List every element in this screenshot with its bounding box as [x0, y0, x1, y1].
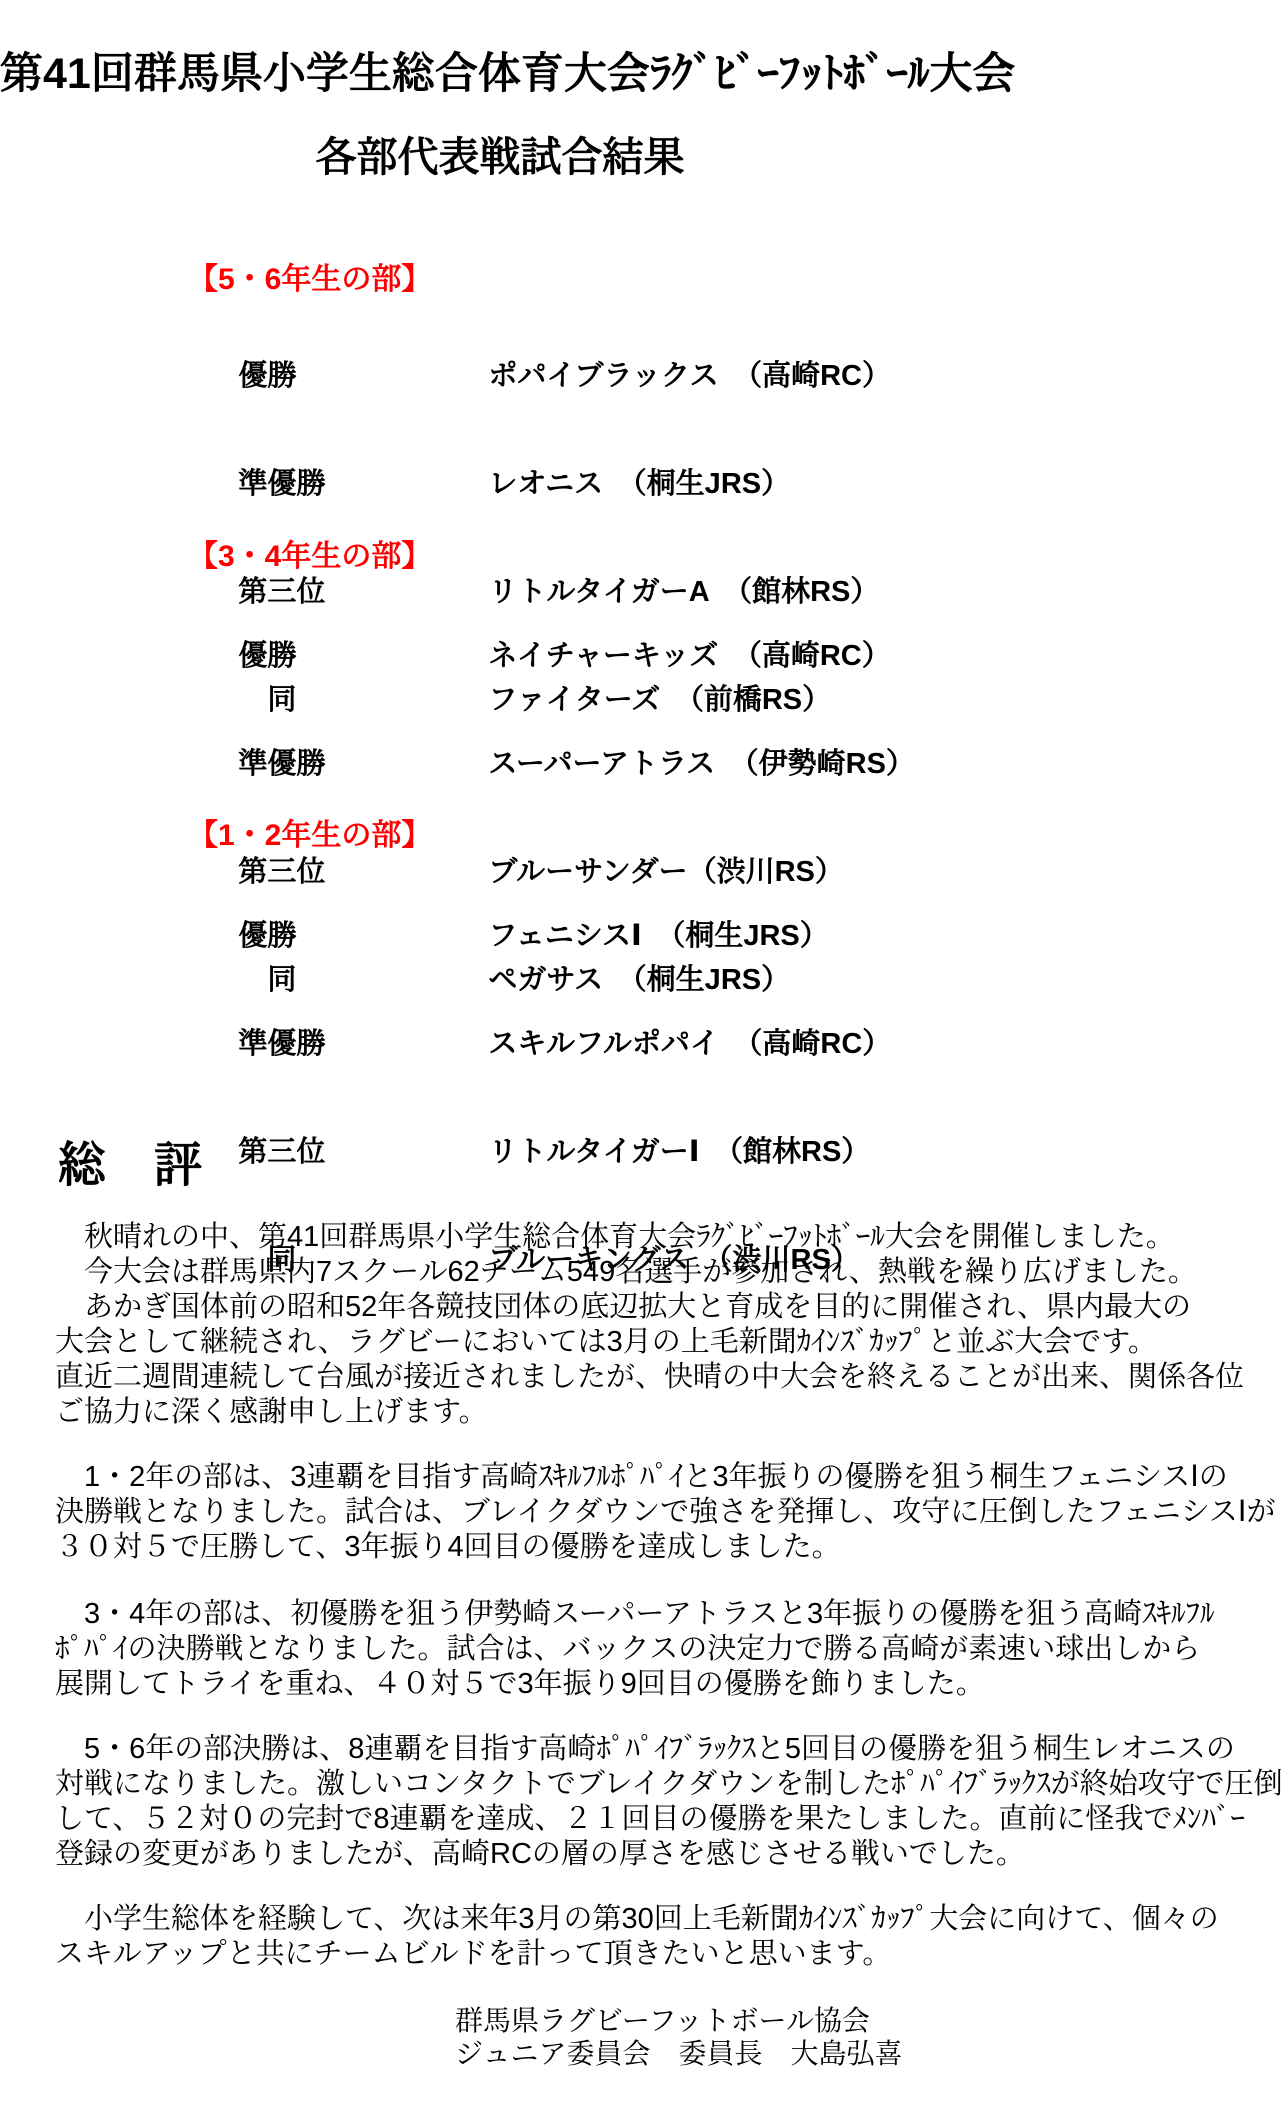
paragraph-line: 5・6年の部決勝は、8連覇を目指す高崎ﾎﾟﾊﾟｲﾌﾞﾗｯｸｽと5回目の優勝を狙う… [55, 1732, 1281, 1767]
rank-label: 第三位 [238, 1134, 488, 1170]
paragraph-line: 3・4年の部は、初優勝を狙う伊勢崎スーパーアトラスと3年振りの優勝を狙う高崎ｽｷ… [55, 1597, 1215, 1632]
paragraph-line: 対戦になりました。激しいコンタクトでブレイクダウンを制したﾎﾟﾊﾟｲﾌﾞﾗｯｸｽ… [55, 1767, 1281, 1802]
team-name: ポパイブラックス （高崎RC） [488, 360, 891, 392]
rank-label: 優勝 [238, 918, 488, 954]
paragraph-line: して、５２対０の完封で8連覇を達成、２１回目の優勝を果たしました。直前に怪我でﾒ… [55, 1802, 1281, 1837]
paragraph-line: 大会として継続され、ラグビーにおいては3月の上毛新聞ｶｲﾝｽﾞｶｯﾌﾟと並ぶ大会… [55, 1325, 1244, 1360]
footer-organization: 群馬県ラグビーフットボール協会 [455, 2004, 902, 2037]
table-row: 優勝ネイチャーキッズ （高崎RC） [190, 602, 915, 710]
document-page: 第41回群馬県小学生総合体育大会ﾗｸﾞﾋﾞｰﾌｯﾄﾎﾞｰﾙ大会 各部代表戦試合結… [0, 0, 1281, 2122]
paragraph-line: 小学生総体を経験して、次は来年3月の第30回上毛新聞ｶｲﾝｽﾞｶｯﾌﾟ大会に向け… [55, 1902, 1219, 1937]
review-paragraph-closing: 小学生総体を経験して、次は来年3月の第30回上毛新聞ｶｲﾝｽﾞｶｯﾌﾟ大会に向け… [55, 1902, 1219, 1972]
footer-chairperson: ジュニア委員会 委員長 大島弘喜 [455, 2037, 902, 2070]
review-heading: 総 評 [58, 1126, 202, 1195]
review-paragraph-grade34: 3・4年の部は、初優勝を狙う伊勢崎スーパーアトラスと3年振りの優勝を狙う高崎ｽｷ… [55, 1597, 1215, 1702]
team-name: スキルフルポパイ （高崎RC） [488, 1028, 891, 1060]
rank-label: 優勝 [238, 638, 488, 674]
team-name: スーパーアトラス （伊勢崎RS） [488, 748, 915, 780]
table-row: 準優勝レオニス （桐生JRS） [190, 430, 891, 538]
section-header-grade34: 【3・4年生の部】 [188, 531, 431, 575]
team-name: フェニシスⅠ （桐生JRS） [488, 920, 828, 952]
section-header-grade12: 【1・2年生の部】 [188, 810, 431, 854]
paragraph-line: 直近二週間連続して台風が接近されましたが、快晴の中大会を終えることが出来、関係各… [55, 1360, 1244, 1395]
rank-label: 準優勝 [238, 746, 488, 782]
review-paragraph-grade12: 1・2年の部は、3連覇を目指す高崎ｽｷﾙﾌﾙﾎﾟﾊﾟｲと3年振りの優勝を狙う桐生… [55, 1460, 1275, 1565]
footer-signature-block: 群馬県ラグビーフットボール協会 ジュニア委員会 委員長 大島弘喜 [455, 2004, 902, 2070]
paragraph-line: あかぎ国体前の昭和52年各競技団体の底辺拡大と育成を目的に開催され、県内最大の [55, 1290, 1244, 1325]
rank-label: 優勝 [238, 358, 488, 394]
rank-label: 準優勝 [238, 466, 488, 502]
table-row: 準優勝スーパーアトラス （伊勢崎RS） [190, 710, 915, 818]
team-name: ネイチャーキッズ （高崎RC） [488, 640, 890, 672]
page-subtitle: 各部代表戦試合結果 [0, 124, 1000, 183]
paragraph-line: ３０対５で圧勝して、3年振り4回目の優勝を達成しました。 [55, 1530, 1275, 1565]
table-row: 優勝フェニシスⅠ （桐生JRS） [190, 882, 891, 990]
page-title: 第41回群馬県小学生総合体育大会ﾗｸﾞﾋﾞｰﾌｯﾄﾎﾞｰﾙ大会 [0, 40, 1000, 101]
paragraph-line: ﾎﾟﾊﾟｲの決勝戦となりました。試合は、バックスの決定力で勝る高崎が素速い球出し… [55, 1632, 1215, 1667]
paragraph-line: 今大会は群馬県内7スクール62チーム549名選手が参加され、熱戦を繰り広げました… [55, 1255, 1244, 1290]
section-header-grade56: 【5・6年生の部】 [188, 254, 431, 298]
paragraph-line: 1・2年の部は、3連覇を目指す高崎ｽｷﾙﾌﾙﾎﾟﾊﾟｲと3年振りの優勝を狙う桐生… [55, 1460, 1275, 1495]
table-row: 準優勝スキルフルポパイ （高崎RC） [190, 990, 891, 1098]
paragraph-line: 決勝戦となりました。試合は、ブレイクダウンで強さを発揮し、攻守に圧倒したフェニシ… [55, 1495, 1275, 1530]
paragraph-line: 展開してトライを重ね、４０対５で3年振り9回目の優勝を飾りました。 [55, 1667, 1215, 1702]
table-row: 優勝ポパイブラックス （高崎RC） [190, 322, 891, 430]
paragraph-line: スキルアップと共にチームビルドを計って頂きたいと思います。 [55, 1937, 1219, 1972]
paragraph-line: 登録の変更がありましたが、高崎RCの層の厚さを感じさせる戦いでした。 [55, 1837, 1281, 1872]
review-paragraph-overview: 秋晴れの中、第41回群馬県小学生総合体育大会ﾗｸﾞﾋﾞｰﾌｯﾄﾎﾞｰﾙ大会を開催… [55, 1220, 1244, 1430]
rank-label: 準優勝 [238, 1026, 488, 1062]
team-name: レオニス （桐生JRS） [488, 468, 790, 500]
team-name: リトルタイガーⅠ （館林RS） [488, 1136, 870, 1168]
review-paragraph-grade56: 5・6年の部決勝は、8連覇を目指す高崎ﾎﾟﾊﾟｲﾌﾞﾗｯｸｽと5回目の優勝を狙う… [55, 1732, 1281, 1872]
paragraph-line: ご協力に深く感謝申し上げます。 [55, 1395, 1244, 1430]
paragraph-line: 秋晴れの中、第41回群馬県小学生総合体育大会ﾗｸﾞﾋﾞｰﾌｯﾄﾎﾞｰﾙ大会を開催… [55, 1220, 1244, 1255]
table-row: 第三位リトルタイガーⅠ （館林RS） [190, 1098, 891, 1206]
